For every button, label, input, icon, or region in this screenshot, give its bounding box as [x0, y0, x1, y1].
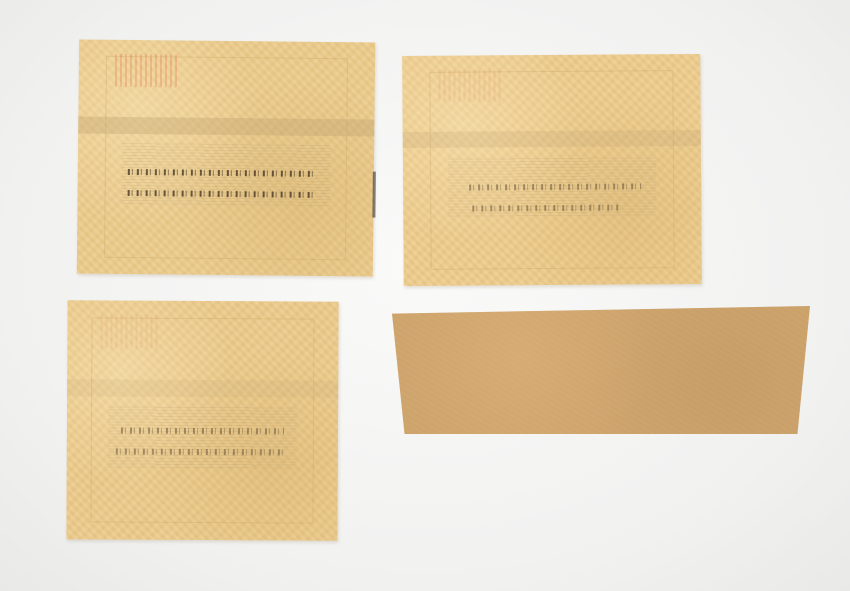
gum-band — [78, 117, 374, 136]
show-through-area — [107, 406, 297, 469]
stamp-top-right — [402, 54, 702, 286]
red-overprint-mark — [438, 69, 504, 102]
show-through-text-line — [472, 204, 618, 211]
gum-band — [403, 130, 701, 148]
show-through-text-line — [121, 427, 284, 434]
red-overprint-mark — [114, 54, 179, 87]
red-overprint-mark — [100, 315, 160, 349]
gum-band — [67, 379, 338, 397]
dark-edge — [372, 171, 375, 218]
stamp-bottom-left — [66, 300, 338, 540]
show-through-text-line — [469, 183, 642, 190]
white-background — [0, 0, 850, 591]
brown-paper-strip — [392, 306, 810, 434]
stamp-top-left — [77, 39, 375, 276]
show-through-text-line — [116, 449, 284, 456]
